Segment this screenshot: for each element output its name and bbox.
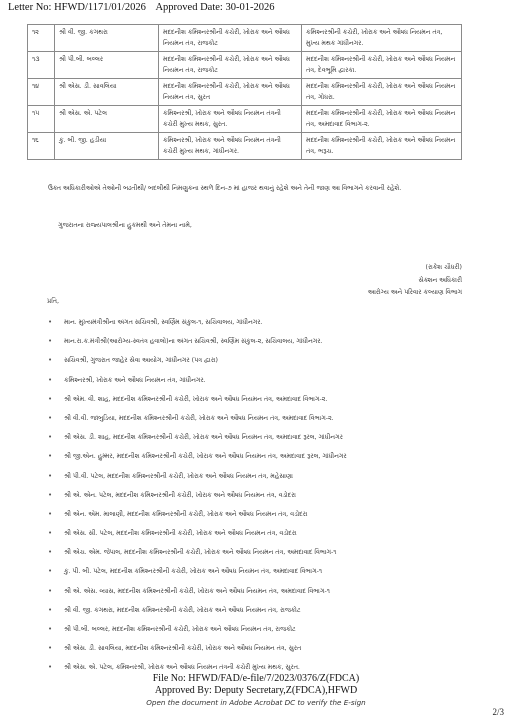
signatory-designation: સેક્શન અધિકારી [368,275,462,288]
recipient-text: કમિશ્નરશ્રી, ખોરાક અને ઔષધ નિયમન તંત્ર, … [64,377,206,384]
list-item: •શ્રી એસ. ડી. શાહ, મદદનીશ કમિશ્નરશ્રીની … [47,428,347,447]
list-item: •શ્રી એન. એમ. માલાણી, મદદનીશ કમિશ્નરશ્રી… [47,505,347,524]
recipient-text: શ્રી વી. જી. કગથરા, મદદનીશ કમિશ્નરશ્રીની… [64,607,300,614]
bullet-icon: • [48,313,52,332]
list-item: •શ્રી જી.એન. હુમ્મર, મદદનીશ કમિશ્નરશ્રીન… [47,447,347,466]
list-item: •સચિવશ્રી, ગુજરાત જાહેર સેવા આયોગ, ગાંધી… [47,351,347,370]
list-item: •શ્રી વી. જી. કગથરા, મદદનીશ કમિશ્નરશ્રીન… [47,601,347,620]
list-item: •શ્રી પી.વી. પટેલ, મદદનીશ કમિશ્નરશ્રીની … [47,467,347,486]
officer-name: શ્રી પી.બી. બલ્લર [55,52,159,79]
approved-by: Approved By: Deputy Secretary,Z(FDCA),HF… [0,685,512,697]
page-number: 2/3 [492,707,504,717]
from-office: કમિશ્નરશ્રી, ખોરાક અને ઔષધ નિયમન તંત્રની… [159,106,302,133]
recipient-text: શ્રી એસ. ડી. સાવલિયા, મદદનીશ કમિશ્નરશ્રી… [64,645,301,652]
signatory-name: (રાકેશ ચૌધરી) [368,262,462,275]
bullet-icon: • [48,409,52,428]
list-item: •માન.રા.ક.મંત્રીશ્રી(આરોગ્ય-સ્વતંત્ર હવા… [47,332,347,351]
bullet-icon: • [48,639,52,658]
bullet-icon: • [48,467,52,486]
to-office: મદદનીશ કમિશ્નરશ્રીની કચેરી, ખોરાક અને ઔષ… [302,133,462,160]
bullet-icon: • [48,447,52,466]
officer-name: શ્રી વી. જી. કગથરા [55,25,159,52]
esign-note: Open the document in Adobe Acrobat DC to… [0,697,512,708]
row-number: ૧૩ [28,52,55,79]
list-item: •કુ. પી. બી. પટેલ, મદદનીશ કમિશ્નરશ્રીની … [47,562,347,581]
to-office: મદદનીશ કમિશ્નરશ્રીની કચેરી, ખોરાક અને ઔષ… [302,79,462,106]
bullet-icon: • [48,620,52,639]
file-number: File No: HFWD/FAD/e-file/7/2023/0376/Z(F… [0,673,512,685]
approved-date: Approved Date: 30-01-2026 [155,2,274,13]
bullet-icon: • [48,332,52,351]
to-office: મદદનીશ કમિશ્નરશ્રીની કચેરી, ખોરાક અને ઔષ… [302,106,462,133]
list-item: •શ્રી પી.બી. બલ્લર, મદદનીશ કમિશ્નરશ્રીની… [47,620,347,639]
bullet-icon: • [48,562,52,581]
list-item: •શ્રી એ. એસ. વ્યાસ, મદદનીશ કમિશ્નરશ્રીની… [47,582,347,601]
recipient-text: શ્રી એસ. ડી. શાહ, મદદનીશ કમિશ્નરશ્રીની ક… [64,434,343,441]
table-row: ૧૩શ્રી પી.બી. બલ્લરમદદનીશ કમિશ્નરશ્રીની … [28,52,462,79]
officer-name: શ્રી એસ. ડી. સાવલિયા [55,79,159,106]
table-row: ૧૬કુ. બી. જી. હડીયાકમિશ્નરશ્રી, ખોરાક અન… [28,133,462,160]
document-footer: File No: HFWD/FAD/e-file/7/2023/0376/Z(F… [0,673,512,708]
from-office: મદદનીશ કમિશ્નરશ્રીની કચેરી, ખોરાક અને ઔષ… [159,25,302,52]
list-item: •શ્રી એસ. સી. પટેલ, મદદનીશ કમિશ્નરશ્રીની… [47,524,347,543]
recipient-text: શ્રી એસ. એ. પટેલ, કમિશ્નરશ્રી, ખોરાક અને… [64,664,300,671]
officer-name: શ્રી એસ. એ. પટેલ [55,106,159,133]
list-item: •શ્રી વી.વી. જાંબુડિયા, મદદનીશ કમિશ્નરશ્… [47,409,347,428]
recipient-text: શ્રી એ. એસ. વ્યાસ, મદદનીશ કમિશ્નરશ્રીની … [64,588,330,595]
letter-number: Letter No: HFWD/1171/01/2026 [8,2,146,13]
table-row: ૧૪શ્રી એસ. ડી. સાવલિયામદદનીશ કમિશ્નરશ્રી… [28,79,462,106]
list-item: •માન. મુખ્યમંત્રીશ્રીના અંગત સચિવશ્રી, સ… [47,313,347,332]
recipient-text: સચિવશ્રી, ગુજરાત જાહેર સેવા આયોગ, ગાંધીન… [64,357,218,364]
bullet-icon: • [48,371,52,390]
bullet-icon: • [48,543,52,562]
from-office: મદદનીશ કમિશ્નરશ્રીની કચેરી, ખોરાક અને ઔષ… [159,52,302,79]
recipient-text: શ્રી એન. એમ. માલાણી, મદદનીશ કમિશ્નરશ્રીન… [64,511,307,518]
recipient-text: શ્રી એચ. એમ. જેપાલ, મદદનીશ કમિશ્નરશ્રીની… [64,549,336,556]
signatory-department: આરોગ્ય અને પરિવાર કલ્યાણ વિભાગ [368,287,462,300]
recipients-heading: પ્રતિ, [47,297,59,306]
row-number: ૧૪ [28,79,55,106]
bullet-icon: • [48,486,52,505]
row-number: ૧૫ [28,106,55,133]
recipient-text: શ્રી એમ. વી. શાહ, મદદનીશ કમિશ્નરશ્રીની ક… [64,396,328,403]
table-row: ૧૫શ્રી એસ. એ. પટેલકમિશ્નરશ્રી, ખોરાક અને… [28,106,462,133]
list-item: •શ્રી એસ. ડી. સાવલિયા, મદદનીશ કમિશ્નરશ્ર… [47,639,347,658]
list-item: •કમિશ્નરશ્રી, ખોરાક અને ઔષધ નિયમન તંત્ર,… [47,371,347,390]
bullet-icon: • [48,505,52,524]
recipient-text: કુ. પી. બી. પટેલ, મદદનીશ કમિશ્નરશ્રીની ક… [64,568,322,575]
bullet-icon: • [48,524,52,543]
officer-name: કુ. બી. જી. હડીયા [55,133,159,160]
recipient-text: શ્રી વી.વી. જાંબુડિયા, મદદનીશ કમિશ્નરશ્ર… [64,415,334,422]
bullet-icon: • [48,601,52,620]
table-row: ૧૨શ્રી વી. જી. કગથરામદદનીશ કમિશ્નરશ્રીની… [28,25,462,52]
governor-order-line: ગુજરાતના રાજ્યપાલશ્રીના હુકમથી અને તેમના… [58,219,498,233]
recipient-text: શ્રી પી.બી. બલ્લર, મદદનીશ કમિશ્નરશ્રીની … [64,626,296,633]
bullet-icon: • [48,390,52,409]
list-item: •શ્રી એચ. એમ. જેપાલ, મદદનીશ કમિશ્નરશ્રીન… [47,543,347,562]
letter-header: Letter No: HFWD/1171/01/2026 Approved Da… [8,2,274,13]
recipient-text: શ્રી જી.એન. હુમ્મર, મદદનીશ કમિશ્નરશ્રીની… [64,453,347,460]
row-number: ૧૬ [28,133,55,160]
from-office: મદદનીશ કમિશ્નરશ્રીની કચેરી, ખોરાક અને ઔષ… [159,79,302,106]
instruction-paragraph: ઉક્ત અધિકારીઓએ તેઓની બઢતીથી/ બદલીથી નિમણ… [48,182,488,196]
recipient-text: શ્રી પી.વી. પટેલ, મદદનીશ કમિશ્નરશ્રીની ક… [64,473,293,480]
list-item: •શ્રી એમ. વી. શાહ, મદદનીશ કમિશ્નરશ્રીની … [47,390,347,409]
officer-transfer-table: ૧૨શ્રી વી. જી. કગથરામદદનીશ કમિશ્નરશ્રીની… [27,24,462,160]
bullet-icon: • [48,351,52,370]
bullet-icon: • [48,428,52,447]
recipient-text: માન.રા.ક.મંત્રીશ્રી(આરોગ્ય-સ્વતંત્ર હવાલ… [64,338,323,345]
recipient-text: શ્રી એ. એન. પટેલ, મદદનીશ કમિશ્નરશ્રીની ક… [64,492,296,499]
bullet-icon: • [48,582,52,601]
list-item: •શ્રી એ. એન. પટેલ, મદદનીશ કમિશ્નરશ્રીની … [47,486,347,505]
recipients-list: •માન. મુખ્યમંત્રીશ્રીના અંગત સચિવશ્રી, સ… [47,313,347,678]
to-office: મદદનીશ કમિશ્નરશ્રીની કચેરી, ખોરાક અને ઔષ… [302,52,462,79]
row-number: ૧૨ [28,25,55,52]
from-office: કમિશ્નરશ્રી, ખોરાક અને ઔષધ નિયમન તંત્રની… [159,133,302,160]
recipient-text: શ્રી એસ. સી. પટેલ, મદદનીશ કમિશ્નરશ્રીની … [64,530,297,537]
recipient-text: માન. મુખ્યમંત્રીશ્રીના અંગત સચિવશ્રી, સ્… [64,319,263,326]
to-office: કમિશ્નરશ્રીની કચેરી, ખોરાક અને ઔષધ નિયમન… [302,25,462,52]
signature-block: (રાકેશ ચૌધરી) સેક્શન અધિકારી આરોગ્ય અને … [368,262,462,300]
